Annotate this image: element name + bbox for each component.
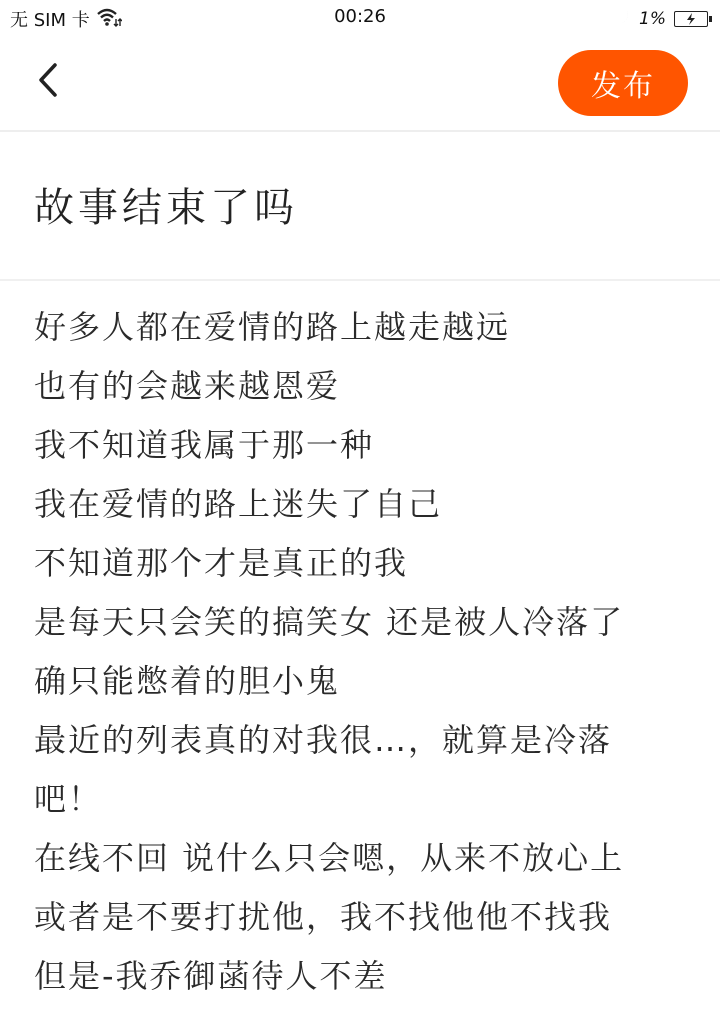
content-line: 吧！	[34, 770, 694, 829]
nav-bar: 发布	[0, 36, 720, 132]
content-line: 我在爱情的路上迷失了自己	[34, 475, 694, 534]
content-line: 最近的列表真的对我很…，就算是冷落	[34, 711, 694, 770]
moon-icon	[609, 5, 631, 32]
chevron-left-icon	[36, 62, 60, 102]
content-line: 或者是不要打扰他，我不找他他不找我	[34, 888, 694, 947]
content-line: 在线不回 说什么只会嗯，从来不放心上	[34, 829, 694, 888]
content-line: 好多人都在爱情的路上越走越远	[34, 298, 694, 357]
title-area: 故事结束了吗	[0, 132, 720, 281]
status-right: 1%	[609, 5, 708, 32]
content-line: 不知道那个才是真正的我	[34, 534, 694, 593]
battery-charging-icon	[674, 11, 708, 27]
content-editor[interactable]: 好多人都在爱情的路上越走越远 也有的会越来越恩爱 我不知道我属于那一种 我在爱情…	[34, 298, 694, 1006]
publish-button[interactable]: 发布	[558, 50, 688, 116]
title-input[interactable]: 故事结束了吗	[34, 176, 298, 233]
content-line: 也有的会越来越恩爱	[34, 357, 694, 416]
content-line: 是每天只会笑的搞笑女 还是被人冷落了	[34, 593, 694, 652]
status-bar: 无 SIM 卡 00:26 1%	[0, 0, 720, 36]
back-button[interactable]	[28, 60, 68, 104]
content-line: 我不知道我属于那一种	[34, 416, 694, 475]
battery-percent: 1%	[639, 9, 666, 29]
content-line: 但是-我乔御菡待人不差	[34, 947, 694, 1006]
content-line: 确只能憋着的胆小鬼	[34, 652, 694, 711]
